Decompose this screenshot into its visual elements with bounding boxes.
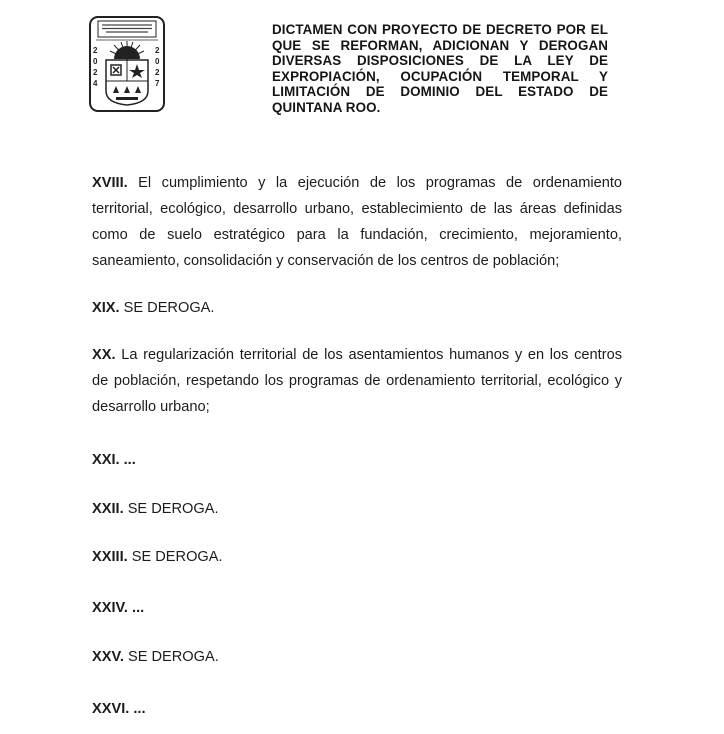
section-text: SE DEROGA. (124, 501, 219, 517)
section-number: XX. (92, 347, 116, 363)
section-xxvi: XXVI. ... (92, 696, 622, 722)
coat-of-arms-icon: 2 0 2 4 2 0 2 7 (88, 15, 166, 113)
svg-text:2: 2 (93, 46, 98, 55)
section-xxii: XXII. SE DEROGA. (92, 496, 622, 522)
section-number: XVIII. (92, 175, 128, 191)
svg-text:7: 7 (155, 79, 160, 88)
svg-text:2: 2 (155, 46, 160, 55)
section-text: SE DEROGA. (120, 300, 215, 316)
section-xviii: XVIII. El cumplimiento y la ejecución de… (92, 170, 622, 274)
section-xxiv: XXIV. ... (92, 595, 622, 621)
section-text: ... (128, 600, 144, 616)
section-text: SE DEROGA. (124, 649, 219, 665)
svg-text:2: 2 (93, 68, 98, 77)
section-xxv: XXV. SE DEROGA. (92, 644, 622, 670)
section-xix: XIX. SE DEROGA. (92, 295, 622, 321)
section-xx: XX. La regularización territorial de los… (92, 342, 622, 420)
document-title: DICTAMEN CON PROYECTO DE DECRETO POR EL … (272, 22, 608, 116)
svg-text:0: 0 (93, 57, 98, 66)
section-text: El cumplimiento y la ejecución de los pr… (92, 175, 622, 269)
section-xxiii: XXIII. SE DEROGA. (92, 544, 622, 570)
section-number: XXV. (92, 649, 124, 665)
svg-text:4: 4 (93, 79, 98, 88)
section-text: ... (120, 452, 136, 468)
section-text: ... (129, 701, 145, 717)
section-number: XXIII. (92, 549, 128, 565)
section-xxi: XXI. ... (92, 447, 622, 473)
section-number: XXI. (92, 452, 120, 468)
section-number: XXIV. (92, 600, 128, 616)
section-text: La regularización territorial de los ase… (92, 347, 622, 415)
svg-text:2: 2 (155, 68, 160, 77)
section-number: XIX. (92, 300, 120, 316)
section-text: SE DEROGA. (128, 549, 223, 565)
legislature-logo: 2 0 2 4 2 0 2 7 (88, 15, 166, 113)
svg-text:0: 0 (155, 57, 160, 66)
section-number: XXVI. (92, 701, 129, 717)
section-number: XXII. (92, 501, 124, 517)
